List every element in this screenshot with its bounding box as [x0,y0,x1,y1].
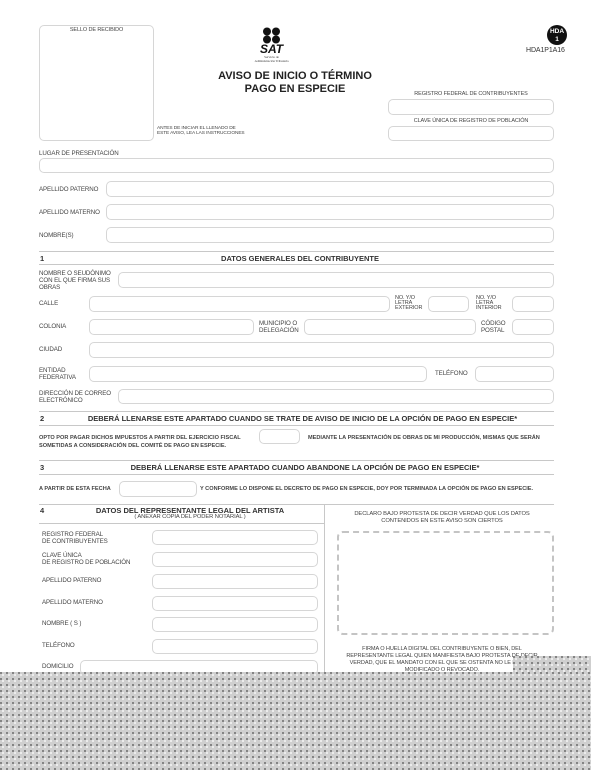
rep-rfc-input[interactable] [152,530,318,545]
section4-number: 4 [40,506,44,515]
section2-text-a: OPTO POR PAGAR DICHOS IMPUESTOS A PARTIR… [39,435,241,442]
section3-text-b: Y CONFORME LO DISPONE EL DECRETO DE PAGO… [200,486,533,493]
rep-apellido-materno-input[interactable] [152,596,318,611]
signature-caption-1: FIRMA O HUELLA DIGITAL DEL CONTRIBUYENTE… [330,646,554,653]
colonia-label: COLONIA [39,323,66,330]
no-exterior-input[interactable] [428,296,469,312]
logo-sub-2: Administración Tributaria [233,59,310,63]
section3-top-rule [39,460,554,461]
rep-telefono-label: TELÉFONO [42,642,75,649]
badge-bottom: 1 [547,36,567,43]
rfc-label: REGISTRO FEDERAL DE CONTRIBUYENTES [388,91,554,98]
seudonimo-label-3: OBRAS [39,284,60,291]
rep-apellido-paterno-label: APELLIDO PATERNO [42,577,101,584]
section2-text-b: MEDIANTE LA PRESENTACIÓN DE OBRAS DE MI … [308,435,540,442]
email-label-2: ELECTRÓNICO [39,397,83,404]
section4-bottom-rule [39,523,324,524]
no-int-label-3: INTERIOR [476,306,501,311]
rep-nombres-input[interactable] [152,617,318,632]
seudonimo-label-2: CON EL QUE FIRMA SUS [39,277,110,284]
cp-label-1: CÓDIGO [481,320,506,327]
form-title-1: AVISO DE INICIO O TÉRMINO [170,70,420,82]
apellido-paterno-label: APELLIDO PATERNO [39,186,98,193]
calle-input[interactable] [89,296,390,312]
form-badge: HDA 1 [547,25,567,45]
section2-top-rule [39,411,554,412]
section1-title: DATOS GENERALES DEL CONTRIBUYENTE [150,254,450,263]
rep-curp-label-1: CLAVE ÚNICA [42,552,82,559]
section2-title: DEBERÁ LLENARSE ESTE APARTADO CUANDO SE … [80,414,525,423]
section3-bottom-rule [39,474,554,475]
codigo-postal-input[interactable] [512,319,554,335]
ejercicio-fiscal-input[interactable] [259,429,300,444]
rep-rfc-label-2: DE CONTRIBUYENTES [42,538,108,545]
rfc-input[interactable] [388,99,554,115]
rep-curp-input[interactable] [152,552,318,567]
seudonimo-label-1: NOMBRE O SEUDÓNIMO [39,270,111,277]
section4-subtitle: ( ANEXAR COPIA DEL PODER NOTARIAL ) [80,514,300,521]
ciudad-input[interactable] [89,342,554,358]
section4-divider [324,504,325,674]
svg-text:SAT: SAT [260,42,285,56]
rep-curp-label-2: DE REGISTRO DE POBLACIÓN [42,559,130,566]
redaction-overlay-notch [513,656,591,672]
seudonimo-input[interactable] [118,272,554,288]
form-code: HDA1P1A16 [526,47,565,54]
email-label-1: DIRECCIÓN DE CORREO [39,390,111,397]
apellido-materno-input[interactable] [106,204,554,220]
nombres-label: NOMBRE(S) [39,232,74,239]
entidad-input[interactable] [89,366,427,382]
section2-bottom-rule [39,425,554,426]
lugar-label: LUGAR DE PRESENTACIÓN [39,150,119,157]
rep-apellido-paterno-input[interactable] [152,574,318,589]
sat-logo-icon: SAT [243,27,303,57]
redaction-overlay [0,672,591,770]
telefono-label: TELÉFONO [435,370,468,377]
form-title-2: PAGO EN ESPECIE [170,83,420,95]
entidad-label-1: ENTIDAD [39,367,65,374]
municipio-label-1: MUNICIPIO O [259,320,297,327]
municipio-input[interactable] [304,319,476,335]
badge-top: HDA [547,28,567,36]
colonia-input[interactable] [89,319,254,335]
signature-box[interactable] [337,531,554,635]
rep-apellido-materno-label: APELLIDO MATERNO [42,599,103,606]
apellido-materno-label: APELLIDO MATERNO [39,209,100,216]
section1-bottom-rule [39,264,554,265]
entidad-label-2: FEDERATIVA [39,374,76,381]
municipio-label-2: DELEGACIÓN [259,327,299,334]
section3-number: 3 [40,463,44,472]
declaration-text-2: CONTENIDOS EN ESTE AVISO SON CIERTOS [330,518,554,525]
no-ext-label-3: EXTERIOR [395,306,422,311]
fecha-input[interactable] [119,481,197,497]
lugar-input[interactable] [39,158,554,173]
stamp-label: SELLO DE RECIBIDO [39,27,154,34]
section2-text-c: SOMETIDAS A CONSIDERACIÓN DEL COMITÉ DE … [39,443,226,450]
instructions-note-2: ESTE AVISO, LEA LAS INSTRUCCIONES [157,131,245,136]
section3-title: DEBERÁ LLENARSE ESTE APARTADO CUANDO ABA… [110,463,500,472]
section4-top-rule [39,504,554,505]
section1-number: 1 [40,254,44,263]
curp-label: CLAVE ÚNICA DE REGISTRO DE POBLACIÓN [388,118,554,125]
apellido-paterno-input[interactable] [106,181,554,197]
section2-number: 2 [40,414,44,423]
ciudad-label: CIUDAD [39,346,62,353]
telefono-input[interactable] [475,366,554,382]
declaration-text-1: DECLARO BAJO PROTESTA DE DECIR VERDAD QU… [330,511,554,518]
calle-label: CALLE [39,300,58,307]
email-input[interactable] [118,389,554,404]
no-interior-input[interactable] [512,296,554,312]
stamp-box [39,25,154,141]
rep-domicilio-label: DOMICILIO [42,663,73,670]
rep-nombres-label: NOMBRE ( S ) [42,620,81,627]
section1-top-rule [39,251,554,252]
curp-input[interactable] [388,126,554,141]
cp-label-2: POSTAL [481,327,504,334]
nombres-input[interactable] [106,227,554,243]
section3-text-a: A PARTIR DE ESTA FECHA [39,486,111,493]
rep-rfc-label-1: REGISTRO FEDERAL [42,531,103,538]
rep-telefono-input[interactable] [152,639,318,654]
